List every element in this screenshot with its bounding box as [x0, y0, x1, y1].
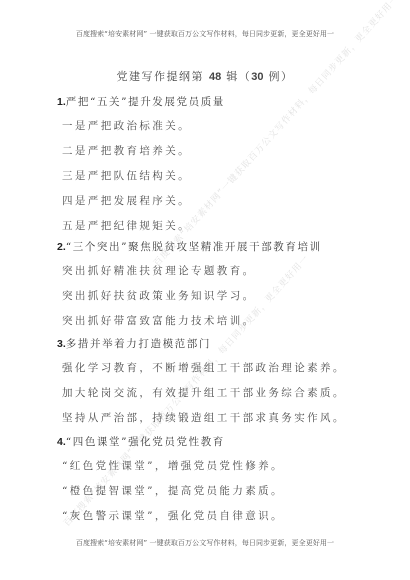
list-item: 四是严把发展程序关。	[62, 193, 191, 208]
title-prefix: 党建写作提纲第	[117, 70, 210, 83]
list-item: 二是严把教育培养关。	[62, 143, 191, 158]
list-item: “红色党性课堂”，增强党员党性修养。	[62, 458, 284, 473]
list-item: 一是严把政治标准关。	[62, 118, 191, 133]
list-item: 强化学习教育，不断增强组工干部政治理论素养。	[62, 360, 346, 375]
title-middle: 辑（	[221, 70, 251, 83]
list-item: 突出抓好带富致富能力技术培训。	[62, 313, 256, 328]
footer-banner: 百度搜索“培安素材网” 一键获取百万公文写作材料，每日同步更新，更全更好用一	[0, 538, 410, 548]
header-banner: 百度搜索“培安素材网” 一键获取百万公文写作材料，每日同步更新，更全更好用一	[0, 29, 410, 39]
section-heading-2: 2.“三个突出”聚焦脱贫攻坚精准开展干部教育培训	[57, 239, 322, 254]
document-title: 党建写作提纲第 48 辑（30 例）	[0, 68, 410, 84]
list-item: 加大轮岗交流，有效提升组工干部业务综合素质。	[62, 385, 346, 400]
list-item: 突出抓好扶贫政策业务知识学习。	[62, 288, 256, 303]
list-item: “橙色提智课堂”，提高党员能力素质。	[62, 483, 284, 498]
list-item: “灰色警示课堂”，强化党员自律意识。	[62, 508, 284, 523]
title-suffix: 例）	[264, 70, 294, 83]
document-page: 百度搜索“培安素材网” 一键获取百万公文写作材料，每日同步更新，更全更好用一 党…	[0, 0, 410, 580]
list-item: 五是严把纪律规矩关。	[62, 218, 191, 233]
list-item: 三是严把队伍结构关。	[62, 168, 191, 183]
section-heading-1: 1.严把“五关”提升发展党员质量	[57, 94, 225, 109]
section-heading-4: 4.“四色课堂”强化党员党性教育	[57, 434, 225, 449]
title-count: 30	[251, 71, 263, 83]
list-item: 坚持从严治部，持续锻造组工干部求真务实作风。	[62, 410, 346, 425]
list-item: 突出抓好精准扶贫理论专题教育。	[62, 263, 256, 278]
section-heading-3: 3.多措并举着力打造模范部门	[57, 336, 211, 351]
title-issue-number: 48	[209, 71, 221, 83]
